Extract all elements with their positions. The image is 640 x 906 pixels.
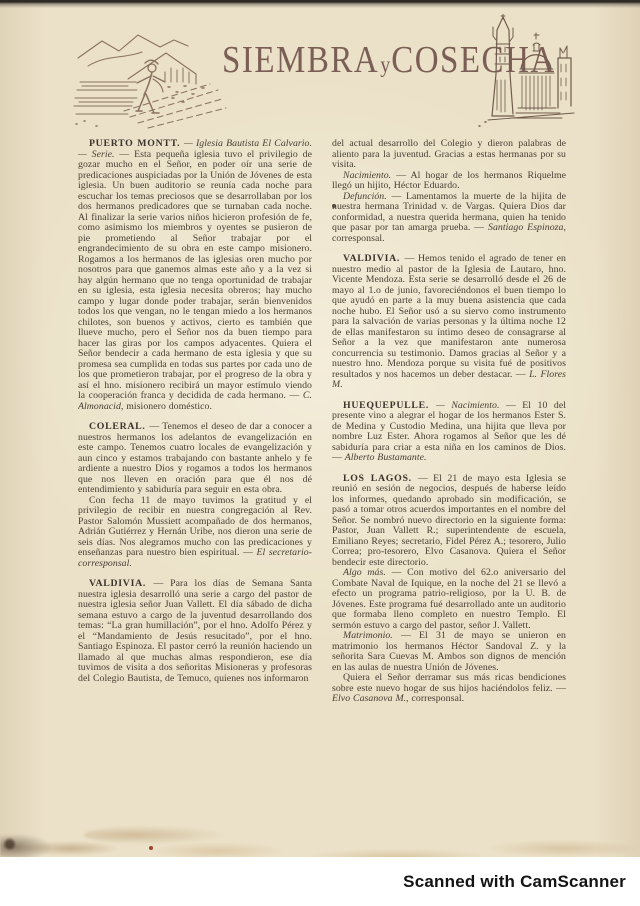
ink-speck: [332, 204, 336, 208]
left-column: PUERTO MONTT. — Iglesia Bautista El Calv…: [78, 139, 312, 839]
paragraph-tail: , corresponsal.: [406, 693, 464, 704]
paragraph-body: — Para los días de Semana Santa nuestra …: [78, 578, 312, 684]
sower-illustration: [72, 24, 234, 130]
signature: Elvo Casanova M.: [332, 693, 406, 704]
paragraph: Algo más. — Con motivo del 62.o aniversa…: [332, 568, 566, 631]
article-columns: PUERTO MONTT. — Iglesia Bautista El Calv…: [78, 139, 566, 839]
paragraph: LOS LAGOS. — El 21 de mayo esta Iglesia …: [332, 474, 566, 569]
section-heading: VALDIVIA.: [343, 253, 404, 264]
paragraph: PUERTO MONTT. — Iglesia Bautista El Calv…: [78, 139, 312, 412]
paragraph-body: — Hemos tenido el agrado de tener en nue…: [332, 253, 566, 380]
right-column: del actual desarrollo del Colegio y dier…: [332, 139, 566, 839]
signature: Santiago Espinoza: [488, 222, 563, 233]
section-heading: PUERTO MONTT.: [89, 139, 184, 149]
paragraph-tail: , misionero doméstico.: [121, 401, 212, 412]
paragraph: Defunción. — Lamentamos la muerte de la …: [332, 192, 566, 245]
paragraph: Nacimiento. — Al hogar de los hermanos R…: [332, 171, 566, 192]
camscanner-bar: Scanned with CamScanner: [0, 857, 640, 906]
title-conjunction: y: [380, 53, 390, 78]
paragraph: Quiera el Señor derramar sus más ricas b…: [332, 673, 566, 705]
paragraph-body: — Con motivo del 62.o aniversario del Co…: [332, 567, 566, 631]
lead-italic: Algo más.: [343, 567, 392, 578]
paragraph: VALDIVIA. — Para los días de Semana Sant…: [78, 579, 312, 684]
paragraph-body: Quiera el Señor derramar sus más ricas b…: [332, 672, 566, 694]
paragraph-body: — Esta pequeña iglesia tuvo el privilegi…: [78, 149, 312, 402]
camscanner-watermark: Scanned with CamScanner: [403, 872, 626, 892]
paragraph-body: del actual desarrollo del Colegio y dier…: [332, 139, 566, 170]
paragraph: HUEQUEPULLE. — Nacimiento. — El 10 del p…: [332, 401, 566, 464]
signature: Alberto Bustamante.: [345, 452, 427, 463]
section-heading: HUEQUEPULLE.: [343, 400, 436, 411]
title-word-siembra: SIEMBRA: [222, 40, 379, 81]
lead-italic: Matrimonio.: [343, 630, 401, 641]
masthead: SIEMBRAyCOSECHA: [70, 14, 580, 136]
section-heading: VALDIVIA.: [89, 578, 153, 589]
church-illustration: [476, 14, 580, 132]
lead-italic: Nacimiento.: [343, 170, 396, 181]
red-ink-dot: [149, 846, 153, 850]
paragraph: del actual desarrollo del Colegio y dier…: [332, 139, 566, 171]
paper-stain: [84, 826, 224, 844]
page-title: SIEMBRAyCOSECHA: [222, 40, 484, 82]
paragraph-body: — Tenemos el deseo de dar a conocer a nu…: [78, 421, 312, 495]
paragraph: Matrimonio. — El 31 de mayo se unieron e…: [332, 631, 566, 673]
paper-stain: [0, 834, 52, 858]
paragraph: VALDIVIA. — Hemos tenido el agrado de te…: [332, 254, 566, 391]
paper-scan: SIEMBRAyCOSECHA: [0, 0, 640, 857]
paragraph-body: — El 21 de mayo esta Iglesia se reunió e…: [332, 473, 566, 568]
scanned-page: SIEMBRAyCOSECHA: [0, 0, 640, 906]
section-heading: LOS LAGOS.: [343, 473, 418, 484]
paragraph: Con fecha 11 de mayo tuvimos la gratitud…: [78, 496, 312, 570]
lead-italic: Defunción.: [343, 191, 391, 202]
section-heading: COLERAL.: [89, 421, 149, 432]
lead-italic: — Nacimiento.: [436, 400, 506, 411]
paragraph: COLERAL. — Tenemos el deseo de dar a con…: [78, 422, 312, 496]
